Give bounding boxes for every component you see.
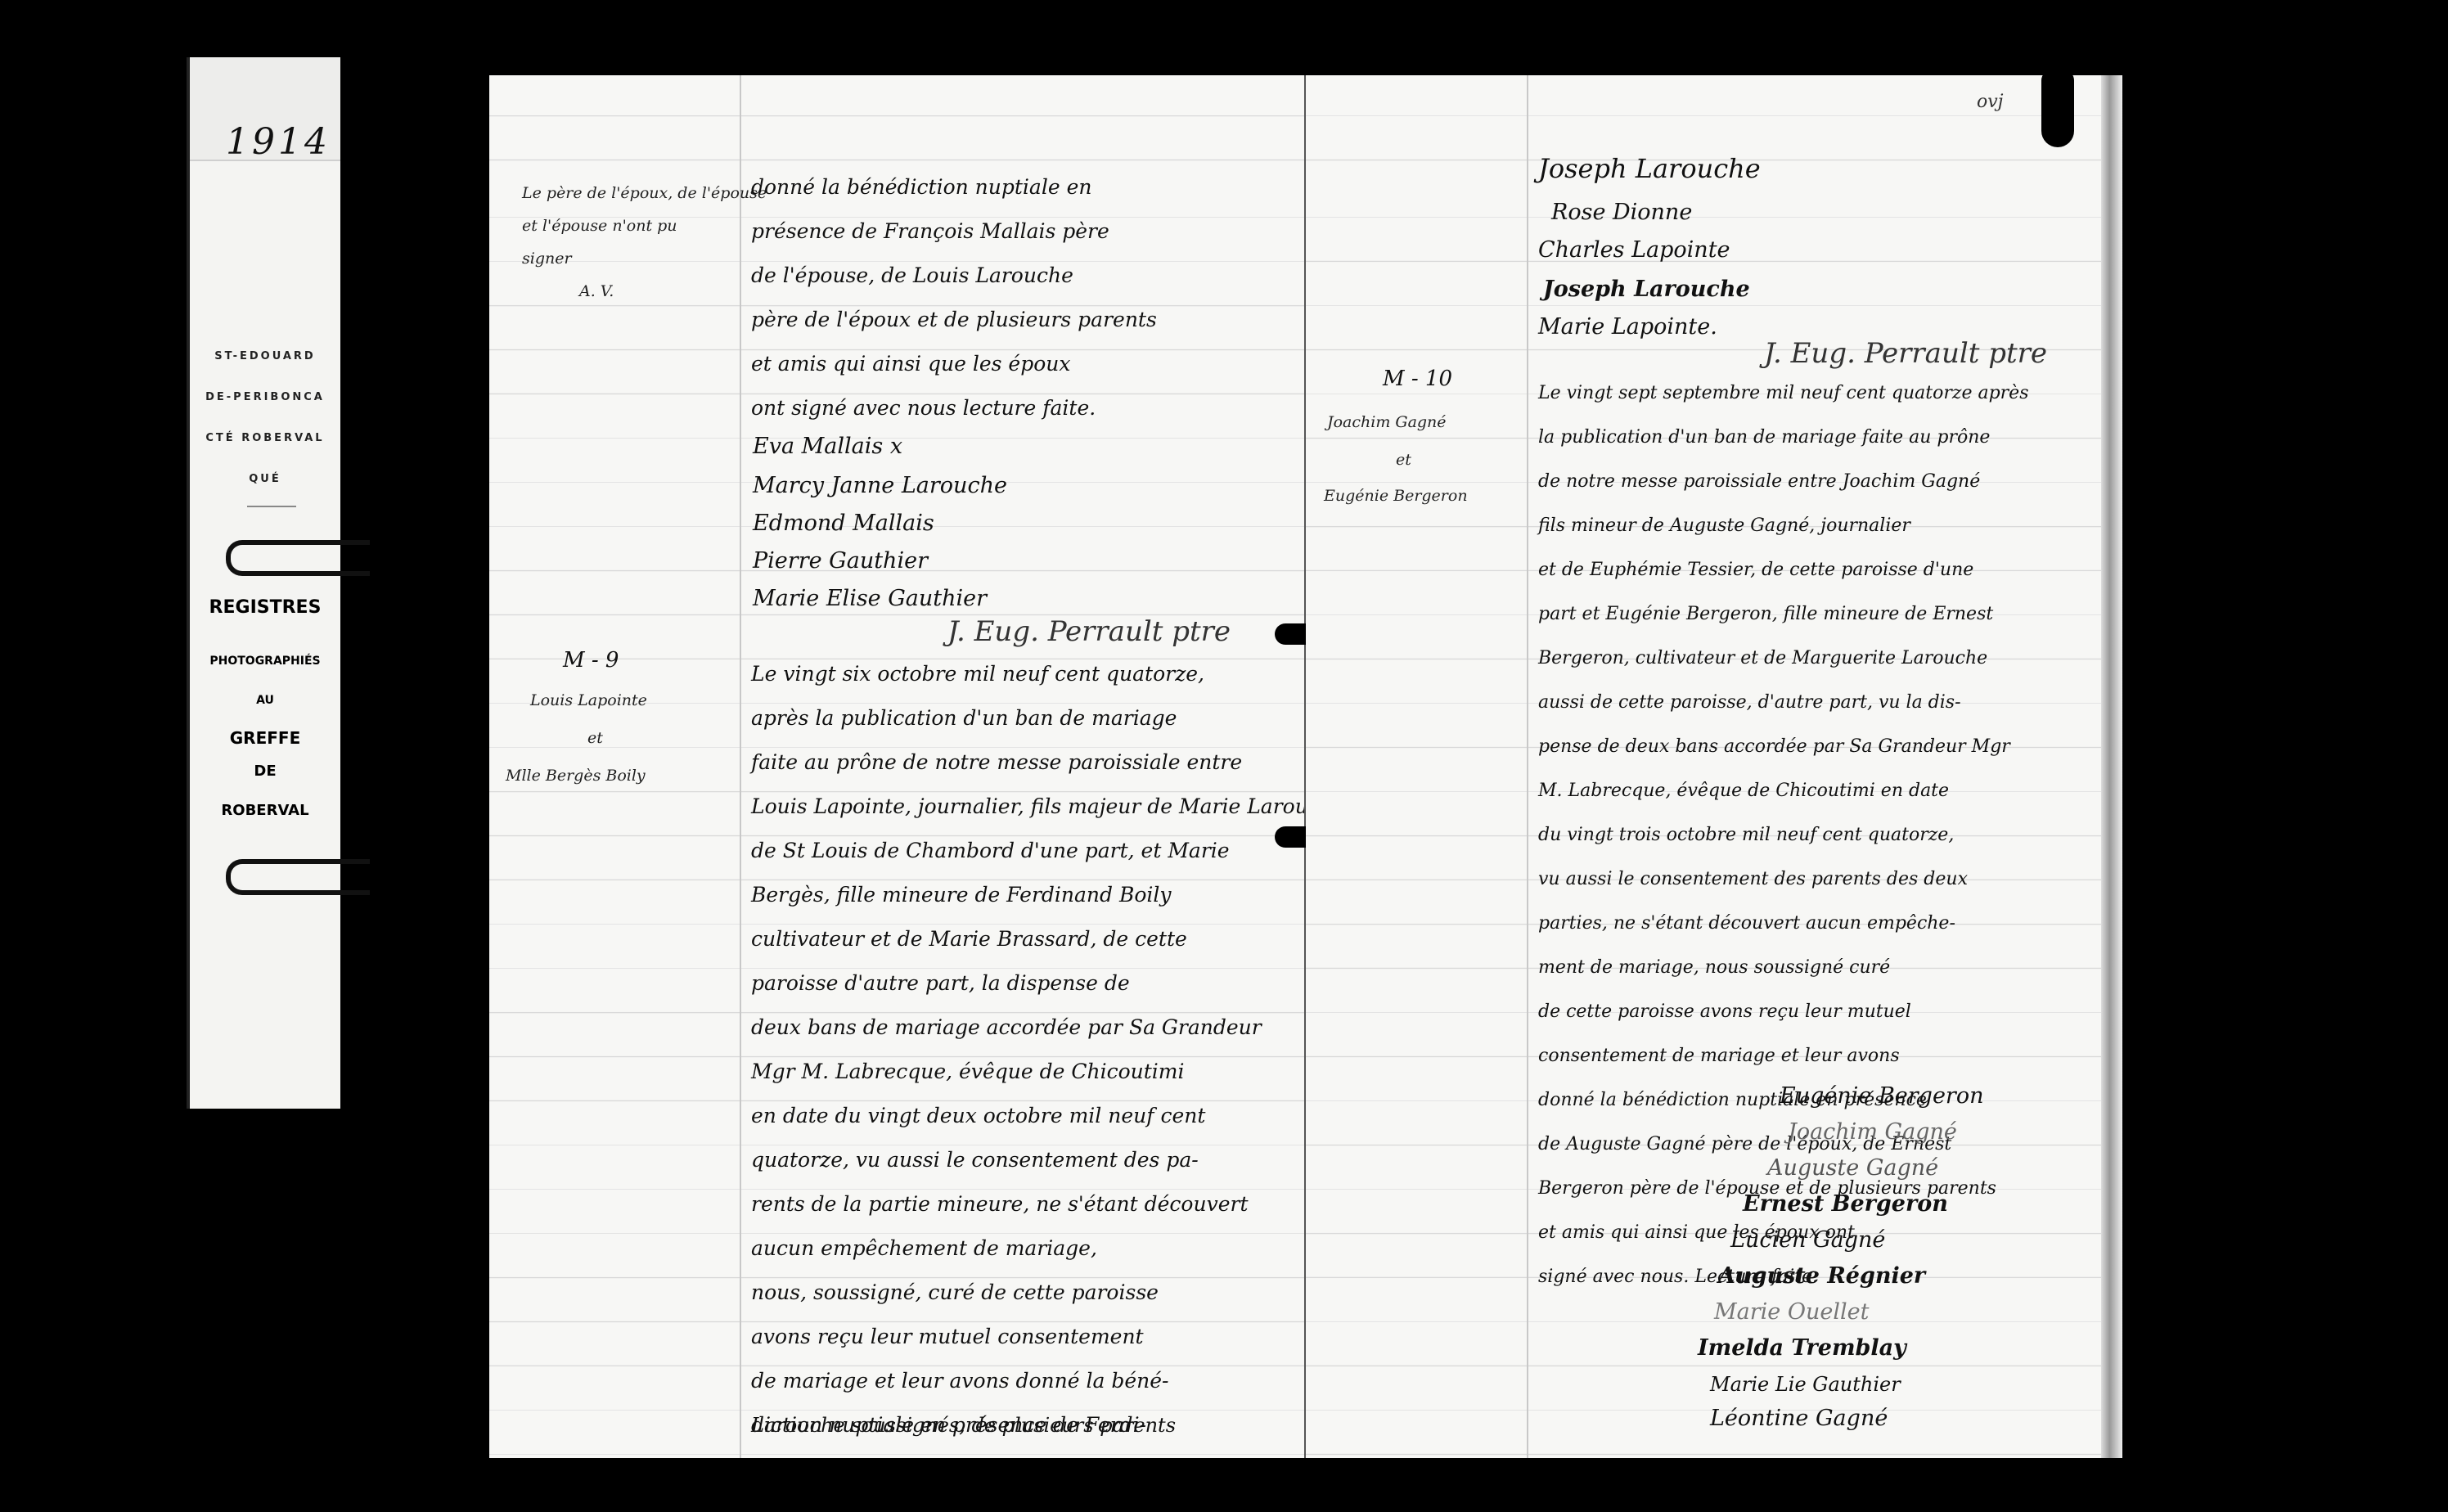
text-line: Mgr M. Labrecque, évêque de Chicoutimi (751, 1050, 1184, 1094)
signature: Joseph Larouche (1538, 151, 1761, 187)
signature: Imelda Tremblay (1698, 1330, 1906, 1366)
archive-line: REGISTRES (190, 597, 340, 618)
signature: Marie Elise Gauthier (753, 581, 987, 617)
entry-name: Louis Lapointe (530, 681, 647, 720)
archive-line: DE (190, 763, 340, 780)
priest-signature: J. Eug. Perrault ptre (1764, 337, 2047, 370)
text-line: Louis Lapointe, journalier, fils majeur … (751, 785, 1345, 829)
text-line: la publication d'un ban de mariage faite… (1538, 416, 1990, 460)
signature: Auguste Régnier (1718, 1258, 1925, 1294)
signature: Lucien Gagné (1730, 1222, 1885, 1258)
priest-signature: J. Eug. Perrault ptre (947, 615, 1231, 648)
entry-name: Eugénie Bergeron (1324, 476, 1468, 515)
folio-mark: ovj (1977, 92, 2004, 112)
text-line: rents de la partie mineure, ne s'étant d… (751, 1182, 1249, 1226)
signature: Léontine Gagné (1710, 1401, 1888, 1437)
text-line: Le vingt six octobre mil neuf cent quato… (751, 652, 1204, 696)
entry-number: M - 9 (563, 648, 619, 673)
text-line: père de l'époux et de plusieurs parents (751, 298, 1157, 342)
text-line: cultivateur et de Marie Brassard, de cet… (751, 917, 1187, 961)
archive-line: ROBERVAL (190, 802, 340, 819)
text-line: de notre messe paroissiale entre Joachim… (1538, 460, 1980, 504)
text-line: de St Louis de Chambord d'une part, et M… (751, 829, 1230, 873)
entry-name: Mlle Bergès Boily (506, 756, 646, 795)
text-line: fils mineur de Auguste Gagné, journalier (1538, 504, 1910, 548)
text-line: ment de mariage, nous soussigné curé (1538, 946, 1890, 990)
margin-rule (740, 75, 741, 1458)
ink-blot (2041, 70, 2074, 147)
signature: Joachim Gagné (1788, 1114, 1957, 1150)
signature: Marcy Janne Larouche (753, 468, 1007, 504)
text-line: après la publication d'un ban de mariage (751, 696, 1177, 740)
text-line: du vingt trois octobre mil neuf cent qua… (1538, 813, 1954, 857)
signature: Pierre Gauthier (753, 543, 928, 579)
margin-note: signer (522, 239, 572, 278)
text-line: vu aussi le consentement des parents des… (1538, 857, 1968, 902)
signature: Auguste Gagné (1767, 1150, 1938, 1186)
signature: Eugénie Bergeron (1780, 1078, 1984, 1114)
signature: Rose Dionne (1551, 195, 1692, 231)
text-line: pense de deux bans accordée par Sa Grand… (1538, 725, 2010, 769)
text-line: aucun empêchement de mariage, (751, 1226, 1097, 1271)
signature: Marie Lapointe. (1538, 309, 1717, 345)
text-line: avons reçu leur mutuel consentement (751, 1315, 1144, 1359)
text-line: en date du vingt deux octobre mil neuf c… (751, 1094, 1205, 1138)
entry-name-conjunction: et (587, 718, 603, 758)
signature: Charles Lapointe (1538, 232, 1730, 268)
text-line: M. Labrecque, évêque de Chicoutimi en da… (1538, 769, 1949, 813)
text-line: de mariage et leur avons donné la béné- (751, 1359, 1168, 1403)
divider (247, 506, 296, 507)
entry-name-conjunction: et (1396, 440, 1411, 479)
text-line: aussi de cette paroisse, d'autre part, v… (1538, 681, 1961, 725)
text-line: parties, ne s'étant découvert aucun empê… (1538, 902, 1955, 946)
location-line: DE-PERIBONCA (190, 391, 340, 403)
text-line: Le vingt sept septembre mil neuf cent qu… (1538, 371, 2029, 416)
signature: Joseph Larouche (1543, 272, 1750, 308)
text-line: consentement de mariage et leur avons (1538, 1034, 1900, 1078)
signature: Marie Lie Gauthier (1710, 1366, 1901, 1402)
text-line: paroisse d'autre part, la dispense de (751, 961, 1130, 1006)
text-line: de cette paroisse avons reçu leur mutuel (1538, 990, 1911, 1034)
signature: Edmond Mallais (753, 506, 934, 542)
signature: Marie Ouellet (1714, 1294, 1869, 1330)
text-line: faite au prône de notre messe paroissial… (751, 740, 1242, 785)
location-line: CTÉ ROBERVAL (190, 432, 340, 444)
text-line: Bergès, fille mineure de Ferdinand Boily (751, 873, 1172, 917)
register-page-left: Le père de l'époux, de l'épouse et l'épo… (489, 75, 1306, 1458)
archive-line: PHOTOGRAPHIÉS (190, 655, 340, 668)
location-line: ST-EDOUARD (190, 350, 340, 362)
margin-rule (1527, 75, 1528, 1458)
margin-note-initials: A. V. (579, 272, 614, 311)
text-line: Larouche soussignés, de plusieurs parent… (751, 1403, 1176, 1447)
text-line: nous, soussigné, curé de cette paroisse (751, 1271, 1159, 1315)
register-year: 1914 (226, 121, 331, 163)
text-line: présence de François Mallais père (751, 209, 1109, 254)
archive-line: GREFFE (190, 728, 340, 748)
location-line: QUÉ (190, 473, 340, 485)
text-line: part et Eugénie Bergeron, fille mineure … (1538, 592, 1993, 637)
text-line: et amis qui ainsi que les époux (751, 342, 1070, 386)
archive-label-strip: 1914 ST-EDOUARD DE-PERIBONCA CTÉ ROBERVA… (187, 57, 340, 1109)
signature: Ernest Bergeron (1743, 1186, 1948, 1222)
paper-clip-icon (226, 859, 370, 895)
entry-number: M - 10 (1383, 367, 1452, 391)
text-line: ont signé avec nous lecture faite. (751, 386, 1096, 430)
text-line: deux bans de mariage accordée par Sa Gra… (751, 1006, 1262, 1050)
archive-line: AU (190, 694, 340, 707)
text-line: de l'épouse, de Louis Larouche (751, 254, 1073, 298)
entry-name: Joachim Gagné (1327, 403, 1447, 442)
signature: Eva Mallais x (753, 429, 902, 465)
text-line: donné la bénédiction nuptiale en (751, 165, 1091, 209)
page-stack-edge (2101, 75, 2122, 1458)
paper-clip-icon (226, 540, 370, 576)
register-page-right: ovj Joseph Larouche Rose Dionne Charles … (1306, 75, 2117, 1458)
text-line: quatorze, vu aussi le consentement des p… (751, 1138, 1199, 1182)
text-line: et de Euphémie Tessier, de cette paroiss… (1538, 548, 1973, 592)
text-line: Bergeron, cultivateur et de Marguerite L… (1538, 637, 1987, 681)
